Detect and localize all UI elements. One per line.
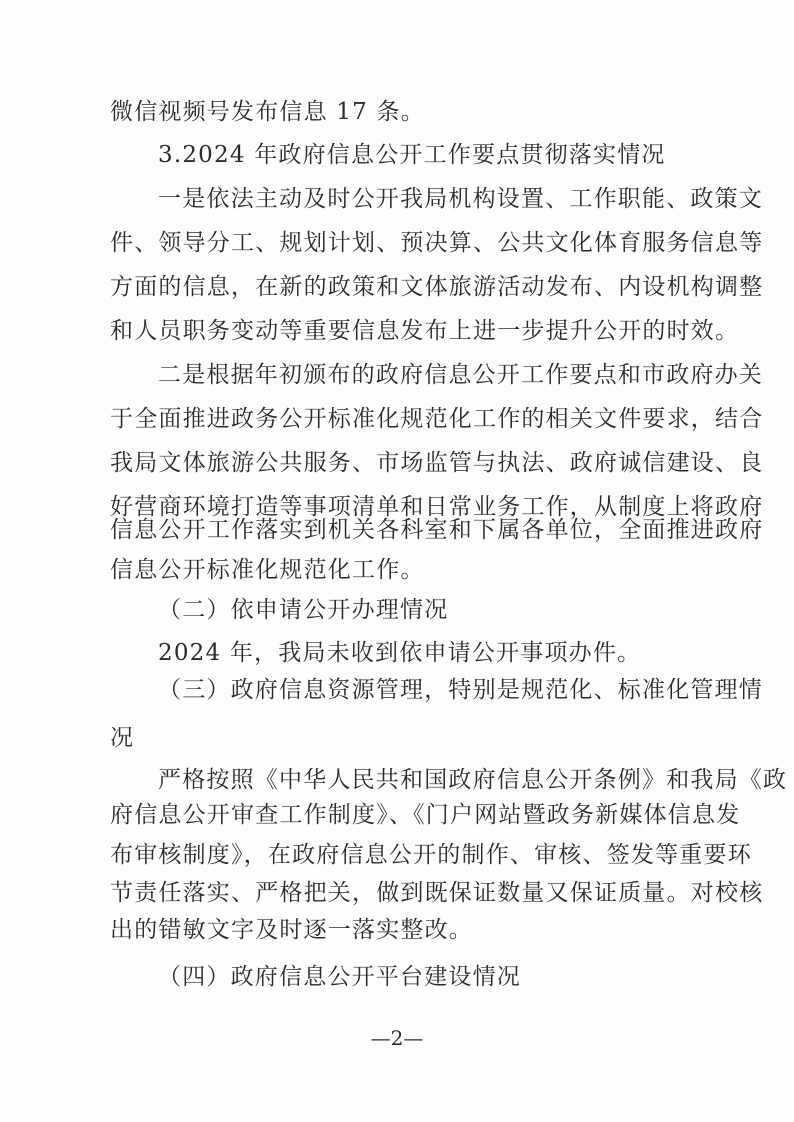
body-line-6: 和人员职务变动等重要信息发布上进一步提升公开的时效。: [110, 316, 702, 346]
body-line-17: 严格按照《中华人民共和国政府信息公开条例》和我局《政: [158, 765, 702, 795]
section-heading-3: 3.2024 年政府信息公开工作要点贯彻落实情况: [158, 140, 702, 170]
section-heading-3-part1: （三）政府信息资源管理，特别是规范化、标准化管理情: [158, 675, 702, 705]
body-line-12: 信息公开标准化规范化工作。: [110, 555, 702, 585]
body-line-3: 一是依法主动及时公开我局机构设置、工作职能、政策文: [158, 184, 702, 214]
body-line-19: 布审核制度》，在政府信息公开的制作、审核、签发等重要环: [110, 840, 702, 870]
body-line-18: 府信息公开审查工作制度》、《门户网站暨政务新媒体信息发: [110, 800, 702, 830]
body-line-9: 我局文体旅游公共服务、市场监管与执法、政府诚信建设、良: [110, 448, 702, 478]
body-line-1: 微信视频号发布信息 17 条。: [110, 97, 702, 127]
body-line-7: 二是根据年初颁布的政府信息公开工作要点和市政府办关: [158, 360, 702, 390]
section-heading-2: （二）依申请公开办理情况: [158, 595, 702, 625]
page-number: —2—: [0, 1026, 794, 1050]
body-line-21: 出的错敏文字及时逐一落实整改。: [110, 915, 702, 945]
document-page: 微信视频号发布信息 17 条。 3.2024 年政府信息公开工作要点贯彻落实情况…: [0, 0, 794, 1122]
body-line-4: 件、领导分工、规划计划、预决算、公共文化体育服务信息等: [110, 228, 702, 258]
body-line-11: 信息公开工作落实到机关各科室和下属各单位，全面推进政府: [110, 515, 702, 545]
body-line-8: 于全面推进政务公开标准化规范化工作的相关文件要求，结合: [110, 404, 702, 434]
body-line-14: 2024 年，我局未收到依申请公开事项办件。: [158, 638, 702, 668]
body-line-5: 方面的信息，在新的政策和文体旅游活动发布、内设机构调整: [110, 272, 702, 302]
body-line-20: 节责任落实、严格把关，做到既保证数量又保证质量。对校核: [110, 878, 702, 908]
section-heading-3-part2: 况: [110, 723, 702, 753]
section-heading-4: （四）政府信息公开平台建设情况: [158, 962, 702, 992]
